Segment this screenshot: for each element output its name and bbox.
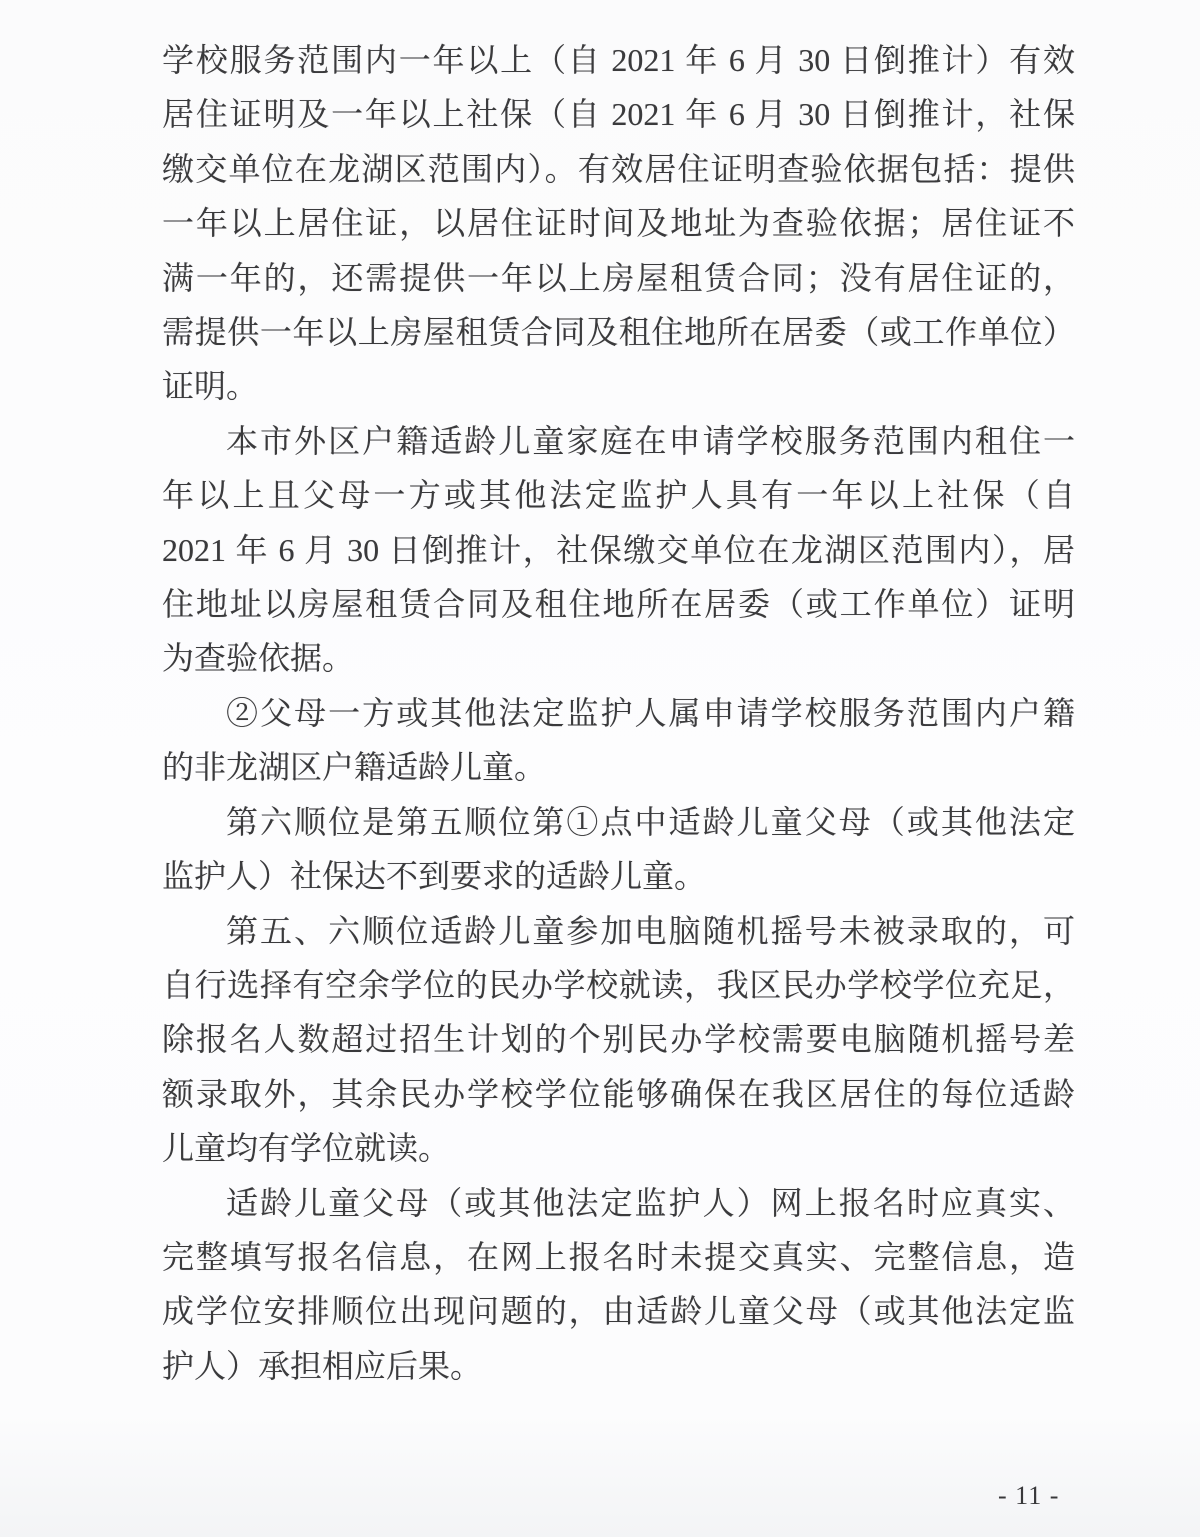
paragraph: ②父母一方或其他法定监护人属申请学校服务范围内户籍 的非龙湖区户籍适龄儿童。 — [162, 686, 1075, 795]
text-line: ②父母一方或其他法定监护人属申请学校服务范围内户籍 — [162, 686, 1075, 740]
paragraph: 本市外区户籍适龄儿童家庭在申请学校服务范围内租住一 年以上且父母一方或其他法定监… — [162, 414, 1075, 686]
text-line: 儿童均有学位就读。 — [162, 1121, 1075, 1175]
paragraph: 适龄儿童父母（或其他法定监护人）网上报名时应真实、 完整填写报名信息，在网上报名… — [162, 1176, 1075, 1394]
text-line: 年以上且父母一方或其他法定监护人具有一年以上社保（自 — [162, 468, 1075, 522]
document-page: 学校服务范围内一年以上（自 2021 年 6 月 30 日倒推计）有效 居住证明… — [0, 0, 1200, 1537]
text-line: 一年以上居住证，以居住证时间及地址为查验依据；居住证不 — [162, 196, 1075, 250]
text-line: 护人）承担相应后果。 — [162, 1339, 1075, 1393]
text-line: 额录取外，其余民办学校学位能够确保在我区居住的每位适龄 — [162, 1067, 1075, 1121]
text-line: 成学位安排顺位出现问题的，由适龄儿童父母（或其他法定监 — [162, 1284, 1075, 1338]
text-line: 为查验依据。 — [162, 631, 1075, 685]
paragraph: 第六顺位是第五顺位第①点中适龄儿童父母（或其他法定 监护人）社保达不到要求的适龄… — [162, 795, 1075, 904]
text-line: 2021 年 6 月 30 日倒推计，社保缴交单位在龙湖区范围内），居 — [162, 523, 1075, 577]
text-line: 第五、六顺位适龄儿童参加电脑随机摇号未被录取的，可 — [162, 904, 1075, 958]
text-line: 适龄儿童父母（或其他法定监护人）网上报名时应真实、 — [162, 1176, 1075, 1230]
text-line: 需提供一年以上房屋租赁合同及租住地所在居委（或工作单位） — [162, 305, 1075, 359]
text-line: 第六顺位是第五顺位第①点中适龄儿童父母（或其他法定 — [162, 795, 1075, 849]
page-number: - 11 - — [998, 1481, 1059, 1511]
paragraph: 第五、六顺位适龄儿童参加电脑随机摇号未被录取的，可 自行选择有空余学位的民办学校… — [162, 904, 1075, 1176]
text-line: 监护人）社保达不到要求的适龄儿童。 — [162, 849, 1075, 903]
text-line: 的非龙湖区户籍适龄儿童。 — [162, 740, 1075, 794]
text-line: 除报名人数超过招生计划的个别民办学校需要电脑随机摇号差 — [162, 1012, 1075, 1066]
text-line: 证明。 — [162, 359, 1075, 413]
document-text: 学校服务范围内一年以上（自 2021 年 6 月 30 日倒推计）有效 居住证明… — [162, 33, 1075, 1393]
text-line: 居住证明及一年以上社保（自 2021 年 6 月 30 日倒推计，社保 — [162, 87, 1075, 141]
text-line: 缴交单位在龙湖区范围内）。有效居住证明查验依据包括：提供 — [162, 142, 1075, 196]
text-line: 自行选择有空余学位的民办学校就读，我区民办学校学位充足， — [162, 958, 1075, 1012]
text-line: 住地址以房屋租赁合同及租住地所在居委（或工作单位）证明 — [162, 577, 1075, 631]
text-line: 完整填写报名信息，在网上报名时未提交真实、完整信息，造 — [162, 1230, 1075, 1284]
paragraph: 学校服务范围内一年以上（自 2021 年 6 月 30 日倒推计）有效 居住证明… — [162, 33, 1075, 414]
text-line: 本市外区户籍适龄儿童家庭在申请学校服务范围内租住一 — [162, 414, 1075, 468]
text-line: 满一年的，还需提供一年以上房屋租赁合同；没有居住证的， — [162, 251, 1075, 305]
text-line: 学校服务范围内一年以上（自 2021 年 6 月 30 日倒推计）有效 — [162, 33, 1075, 87]
